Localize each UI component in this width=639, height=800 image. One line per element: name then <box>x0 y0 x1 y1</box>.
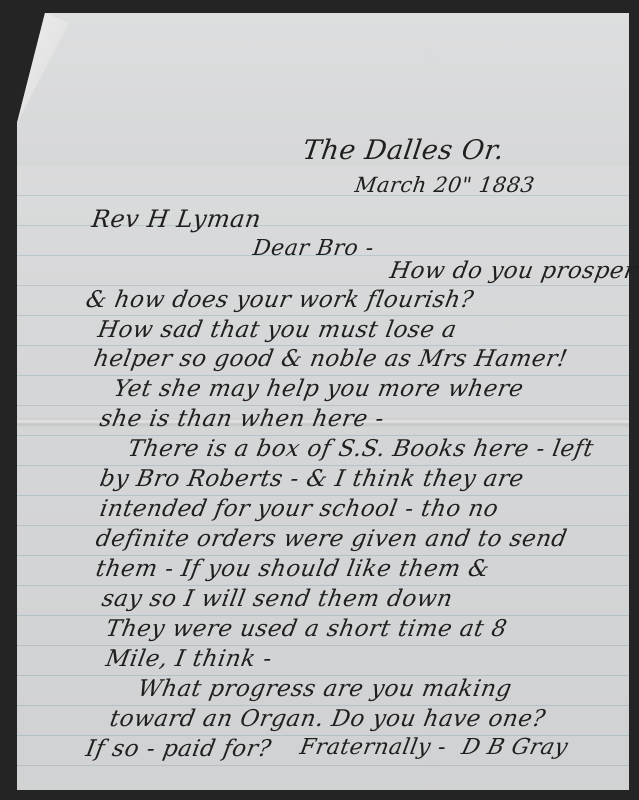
letter-line: How do you prosper <box>388 260 638 283</box>
letter-line: There is a box of S.S. Books here - left <box>126 438 595 461</box>
letter-line: What progress are you making <box>136 678 514 701</box>
closing: Fraternally - <box>298 737 448 759</box>
letter-date: March 20" 1883 <box>354 175 536 196</box>
letter-line: Yet she may help you more where <box>112 378 525 401</box>
letter-line: them - If you should like them & <box>94 558 491 581</box>
salutation: Dear Bro - <box>251 238 375 260</box>
letter-line: she is than when here - <box>98 408 386 431</box>
letter-line: toward an Organ. Do you have one? <box>108 708 547 731</box>
recipient-name: Rev H Lyman <box>90 207 262 231</box>
letter-line: If so - paid for? <box>84 738 273 761</box>
letter-line: They were used a short time at 8 <box>104 618 509 641</box>
signature: D B Gray <box>459 737 570 759</box>
letter-line: say so I will send them down <box>100 588 454 611</box>
letter-line: Mile, I think - <box>104 648 274 671</box>
scanned-letter: The Dalles Or. March 20" 1883 Rev H Lyma… <box>0 0 639 800</box>
letter-line: helper so good & noble as Mrs Hamer! <box>92 348 569 371</box>
letter-line: intended for your school - tho no <box>98 498 500 521</box>
letter-line: How sad that you must lose a <box>96 319 458 342</box>
letter-line: & how does your work flourish? <box>84 289 475 312</box>
letter-line: by Bro Roberts - & I think they are <box>98 468 526 491</box>
letter-line: definite orders were given and to send <box>94 528 569 551</box>
letter-place: The Dalles Or. <box>301 137 506 164</box>
